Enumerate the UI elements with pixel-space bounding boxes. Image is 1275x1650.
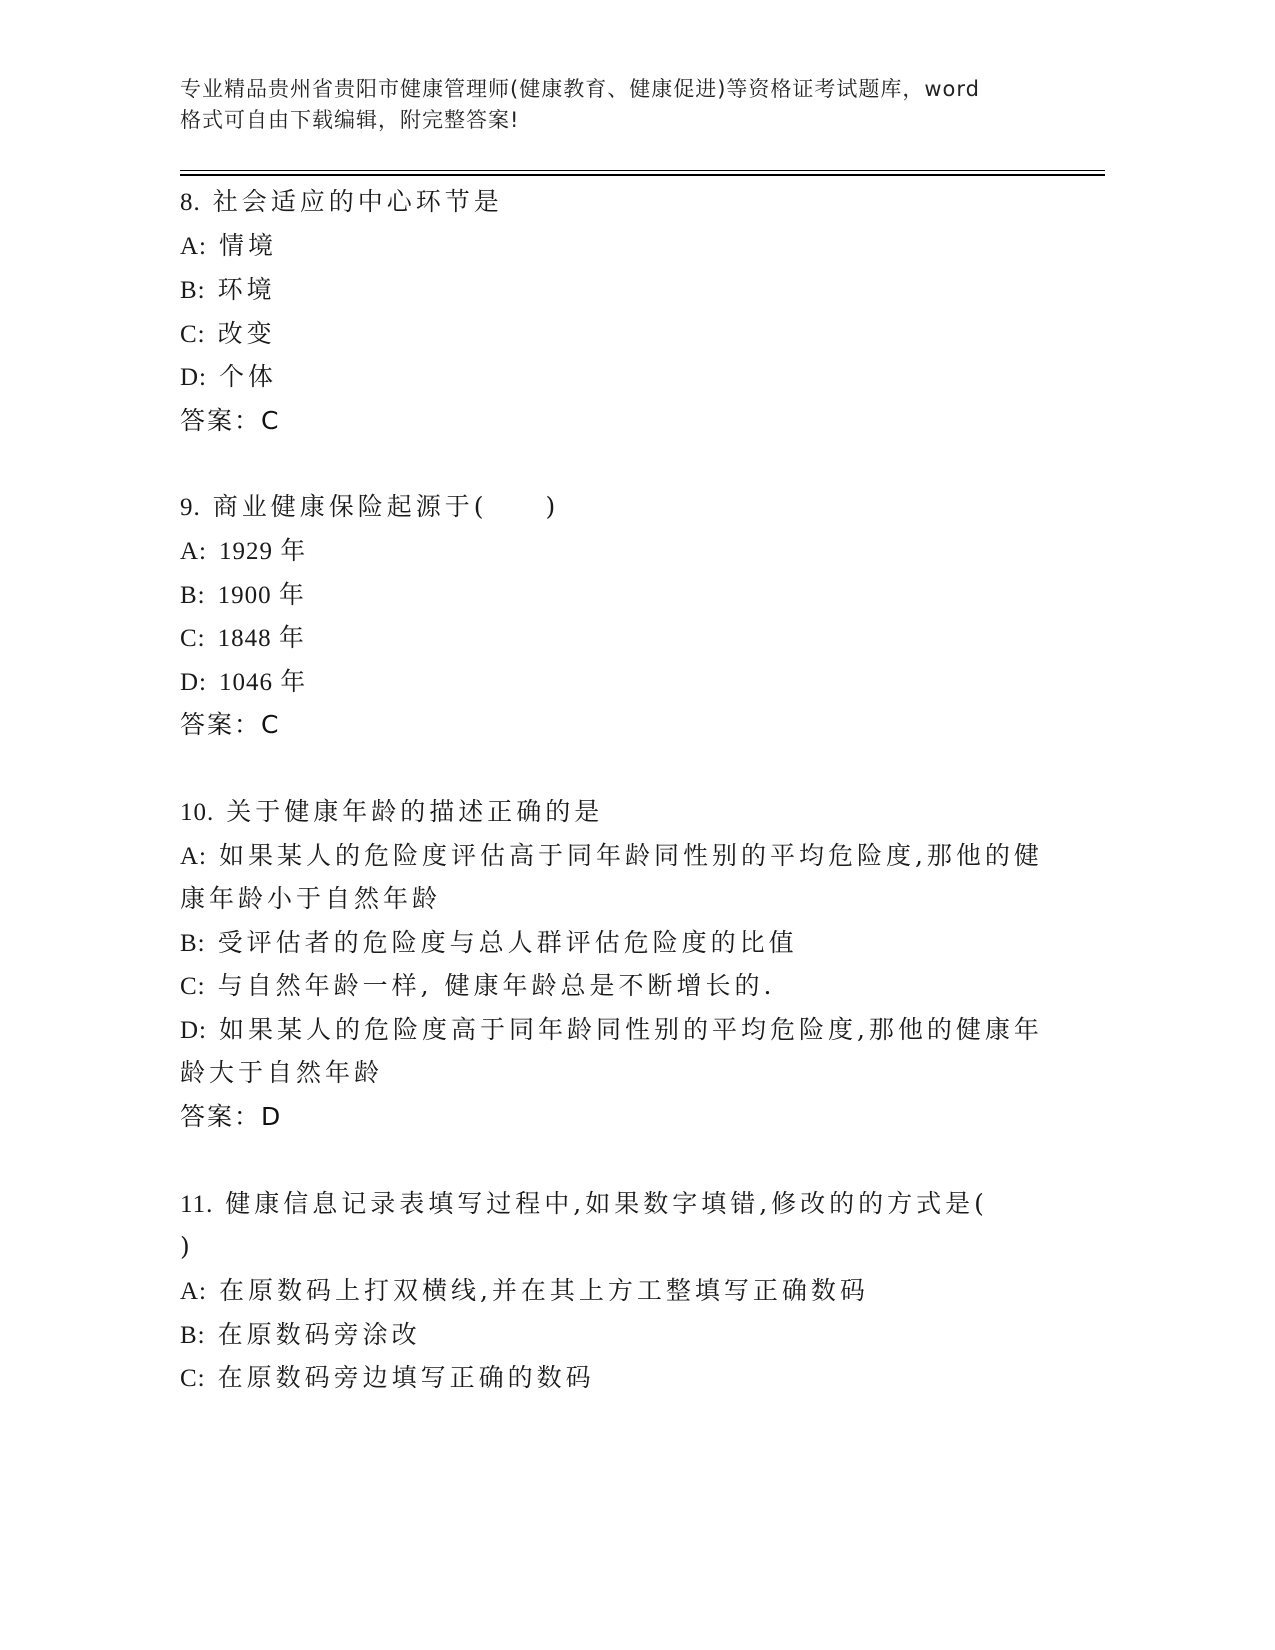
question-8-option-c: C: 改变 (180, 319, 276, 350)
header-divider-thin (180, 170, 1105, 171)
question-8-option-d: D: 个体 (180, 362, 277, 393)
question-9-option-c: C: 1848 年 (180, 623, 305, 654)
question-10-answer: 答案：D (180, 1102, 282, 1132)
question-8-option-b: B: 环境 (180, 275, 276, 306)
header-line-2: 格式可自由下载编辑，附完整答案! (180, 105, 1060, 136)
question-10-option-b: B: 受评估者的危险度与总人群评估危险度的比值 (180, 928, 798, 959)
question-11-stem: 11. 健康信息记录表填写过程中,如果数字填错,修改的的方式是( (180, 1189, 988, 1220)
header-line-1: 专业精品贵州省贵阳市健康管理师(健康教育、健康促进)等资格证考试题库，word (180, 74, 1060, 105)
question-10-stem: 10. 关于健康年龄的描述正确的是 (180, 797, 603, 828)
question-10-option-c: C: 与自然年龄一样, 健康年龄总是不断增长的. (180, 971, 775, 1002)
question-8-answer: 答案：C (180, 406, 280, 436)
question-8-option-a: A: 情境 (180, 231, 277, 262)
document-page: 专业精品贵州省贵阳市健康管理师(健康教育、健康促进)等资格证考试题库，word … (0, 0, 1275, 1650)
question-11-stem-continued: ) (180, 1232, 194, 1262)
question-9-option-b: B: 1900 年 (180, 580, 305, 611)
question-9-answer: 答案：C (180, 710, 280, 740)
question-10-option-a-continued: 康年龄小于自然年龄 (180, 884, 441, 914)
question-9-stem: 9. 商业健康保险起源于( ) (180, 492, 559, 523)
question-11-option-b: B: 在原数码旁涂改 (180, 1320, 421, 1351)
document-header: 专业精品贵州省贵阳市健康管理师(健康教育、健康促进)等资格证考试题库，word … (180, 74, 1060, 136)
question-11-option-c: C: 在原数码旁边填写正确的数码 (180, 1363, 595, 1394)
question-10-option-a: A: 如果某人的危险度评估高于同年龄同性别的平均危险度,那他的健 (180, 841, 1043, 872)
question-10-option-d-continued: 龄大于自然年龄 (180, 1058, 383, 1088)
question-9-option-d: D: 1046 年 (180, 667, 306, 698)
question-8-stem: 8. 社会适应的中心环节是 (180, 187, 503, 218)
question-10-option-d: D: 如果某人的危险度高于同年龄同性别的平均危险度,那他的健康年 (180, 1015, 1043, 1046)
header-divider-thick (180, 174, 1105, 176)
question-11-option-a: A: 在原数码上打双横线,并在其上方工整填写正确数码 (180, 1276, 869, 1307)
question-9-option-a: A: 1929 年 (180, 536, 306, 567)
